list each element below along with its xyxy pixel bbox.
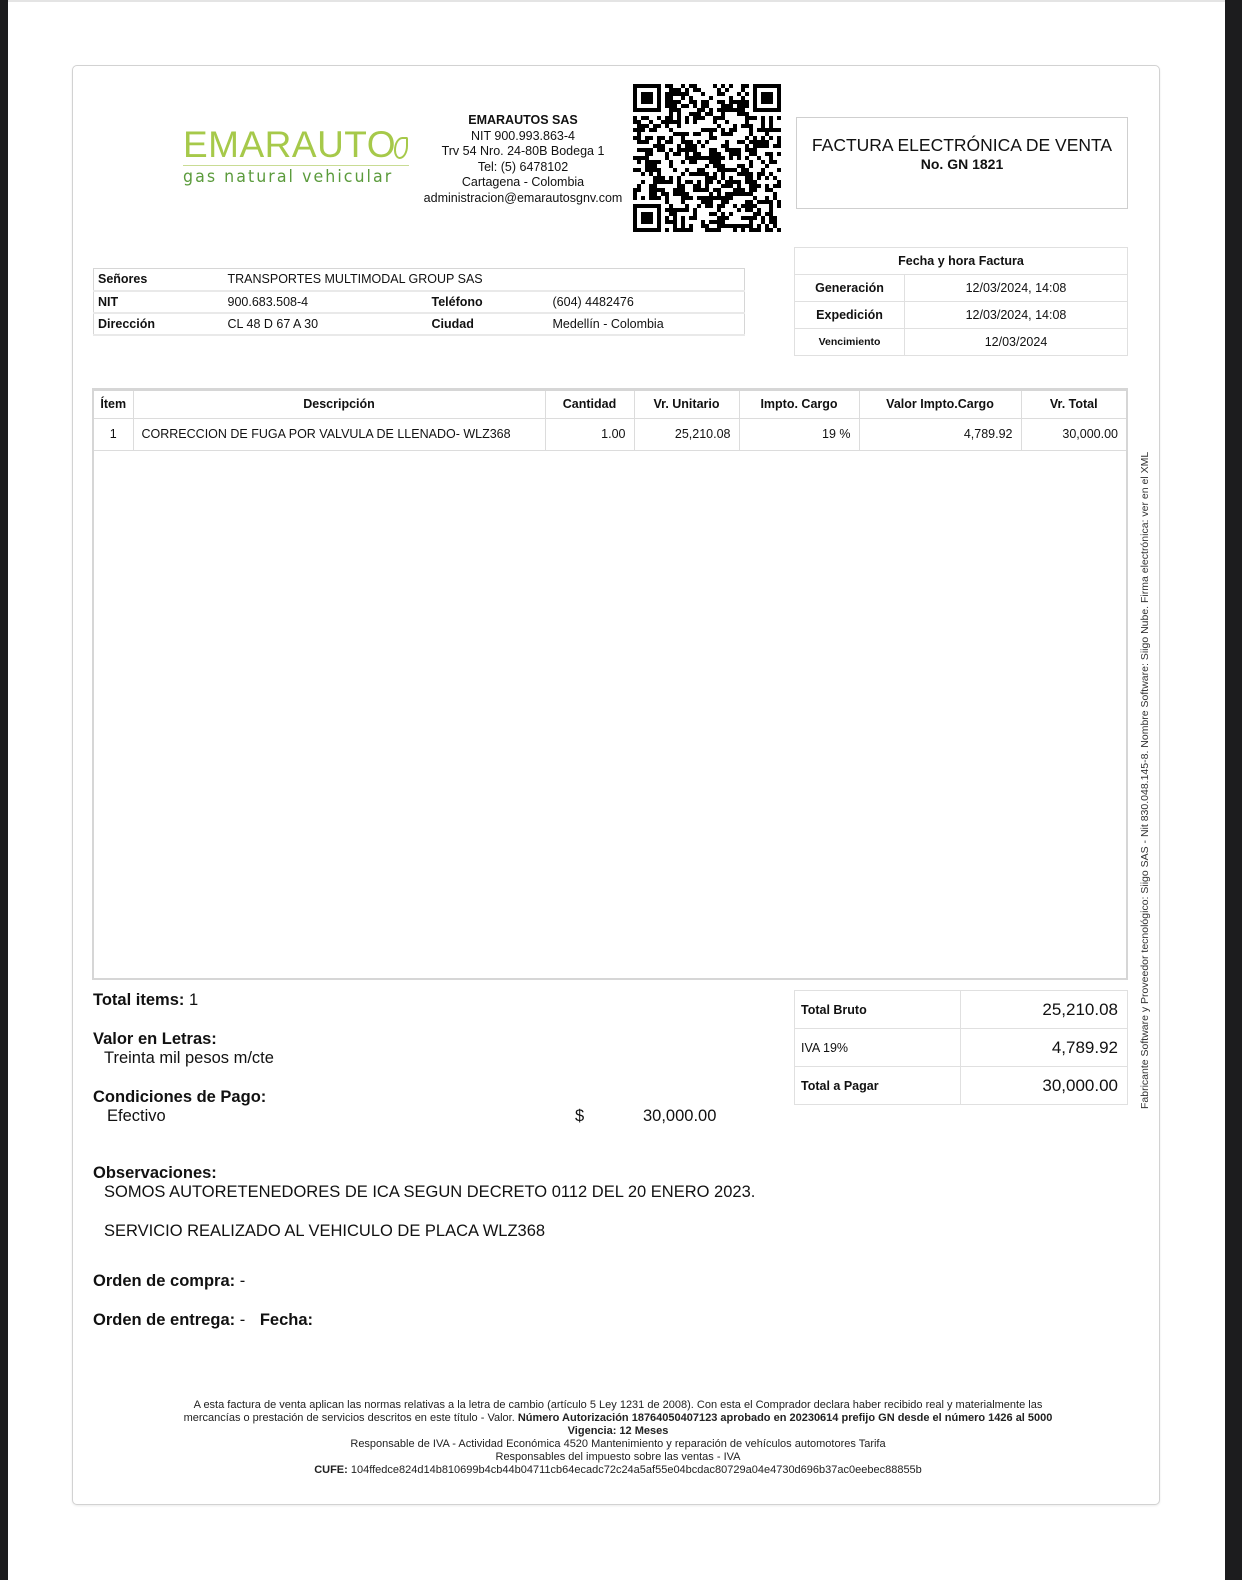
logo-divider <box>183 165 409 166</box>
invoice-title: FACTURA ELECTRÓNICA DE VENTA <box>797 135 1127 155</box>
payment-method: Efectivo <box>93 1107 166 1125</box>
dates-header: Fecha y hora Factura <box>795 248 1128 275</box>
letters-value: Treinta mil pesos m/cte <box>93 1049 274 1068</box>
table-row: 1 CORRECCION DE FUGA POR VALVULA DE LLEN… <box>94 418 1126 450</box>
company-info: EMARAUTOS SAS NIT 900.993.863-4 Trv 54 N… <box>403 113 643 206</box>
col-quantity: Cantidad <box>545 391 634 418</box>
company-city: Cartagena - Colombia <box>403 175 643 191</box>
client-phone: (604) 4482476 <box>549 291 745 313</box>
total-gross-value: 25,210.08 <box>961 991 1128 1029</box>
logo-wordmark: EMARAUTO <box>183 124 396 165</box>
cufe-label: CUFE: <box>314 1464 348 1476</box>
col-description: Descripción <box>133 391 545 418</box>
company-name: EMARAUTOS SAS <box>403 113 643 129</box>
currency-symbol: $ <box>575 1107 584 1126</box>
invoice-title-box: FACTURA ELECTRÓNICA DE VENTA No. GN 1821 <box>796 117 1128 209</box>
client-name: TRANSPORTES MULTIMODAL GROUP SAS <box>224 269 745 291</box>
client-address: CL 48 D 67 A 30 <box>224 313 428 335</box>
company-nit: NIT 900.993.863-4 <box>403 129 643 145</box>
legal-line-2-text: mercancías o prestación de servicios des… <box>184 1412 515 1424</box>
observation-line: SERVICIO REALIZADO AL VEHICULO DE PLACA … <box>93 1222 755 1241</box>
amount-in-words: Valor en Letras: Treinta mil pesos m/cte <box>93 1030 274 1068</box>
item-number: 1 <box>94 418 133 450</box>
client-address-label: Dirección <box>94 313 224 335</box>
due-value: 12/03/2024 <box>905 329 1128 356</box>
observations-label: Observaciones: <box>93 1164 217 1182</box>
date-label: Fecha: <box>260 1311 313 1329</box>
qr-code-icon <box>633 84 781 232</box>
iva-value: 4,789.92 <box>961 1029 1128 1067</box>
page-sheet: EMARAUTO gas natural vehicular EMARAUTOS… <box>8 0 1225 1580</box>
payment-amount: 30,000.00 <box>643 1107 716 1126</box>
col-tax-rate: Impto. Cargo <box>739 391 859 418</box>
software-provider-note: Fabricante Software y Proveedor tecnológ… <box>1139 459 1151 1109</box>
item-description: CORRECCION DE FUGA POR VALVULA DE LLENAD… <box>133 418 545 450</box>
validity: Vigencia: 12 Meses <box>568 1425 669 1437</box>
item-quantity: 1.00 <box>545 418 634 450</box>
client-name-label: Señores <box>94 269 224 291</box>
col-item: Ítem <box>94 391 133 418</box>
delivery-order: Orden de entrega: - Fecha: <box>93 1311 313 1330</box>
payment-label: Condiciones de Pago: <box>93 1088 266 1106</box>
client-info-table: Señores TRANSPORTES MULTIMODAL GROUP SAS… <box>93 268 745 336</box>
total-items-label: Total items: <box>93 991 184 1009</box>
total-items: Total items: 1 <box>93 991 198 1010</box>
cufe-value: 104ffedce824d14b810699b4cb44b04711cb64ec… <box>351 1464 922 1476</box>
invoice-document: EMARAUTO gas natural vehicular EMARAUTOS… <box>72 65 1160 1505</box>
col-tax-value: Valor Impto.Cargo <box>859 391 1021 418</box>
col-unit-price: Vr. Unitario <box>634 391 739 418</box>
client-city: Medellín - Colombia <box>549 313 745 335</box>
company-email: administracion@emarautosgnv.com <box>403 191 643 207</box>
client-phone-label: Teléfono <box>428 291 549 313</box>
totals-table: Total Bruto 25,210.08 IVA 19% 4,789.92 T… <box>794 990 1128 1105</box>
purchase-order-label: Orden de compra: <box>93 1272 235 1290</box>
legal-line-2: mercancías o prestación de servicios des… <box>113 1412 1123 1425</box>
iva-row: IVA 19% 4,789.92 <box>795 1029 1128 1067</box>
item-tax-value: 4,789.92 <box>859 418 1021 450</box>
observation-line: SOMOS AUTORETENEDORES DE ICA SEGUN DECRE… <box>93 1183 755 1202</box>
generation-label: Generación <box>795 275 905 302</box>
total-payable-value: 30,000.00 <box>961 1067 1128 1105</box>
total-items-value: 1 <box>189 991 198 1009</box>
purchase-order: Orden de compra: - <box>93 1272 245 1291</box>
item-total: 30,000.00 <box>1021 418 1126 450</box>
legal-line-1: A esta factura de venta aplican las norm… <box>113 1399 1123 1412</box>
cufe: CUFE: 104ffedce824d14b810699b4cb44b04711… <box>113 1464 1123 1477</box>
logo-tagline: gas natural vehicular <box>183 167 397 187</box>
col-total: Vr. Total <box>1021 391 1126 418</box>
total-gross-label: Total Bruto <box>795 991 961 1029</box>
payment-conditions: Condiciones de Pago: Efectivo $ 30,000.0… <box>93 1088 733 1129</box>
total-payable-row: Total a Pagar 30,000.00 <box>795 1067 1128 1105</box>
authorization-number: Número Autorización 18764050407123 aprob… <box>518 1412 1053 1424</box>
client-nit: 900.683.508-4 <box>224 291 428 313</box>
items-header-row: Ítem Descripción Cantidad Vr. Unitario I… <box>94 391 1126 418</box>
item-tax-rate: 19 % <box>739 418 859 450</box>
legal-line-4: Responsable de IVA - Actividad Económica… <box>113 1438 1123 1451</box>
invoice-number: No. GN 1821 <box>797 156 1127 172</box>
company-phone: Tel: (5) 6478102 <box>403 160 643 176</box>
iva-label: IVA 19% <box>795 1029 961 1067</box>
purchase-order-value: - <box>240 1272 246 1290</box>
legal-line-5: Responsables del impuesto sobre las vent… <box>113 1451 1123 1464</box>
company-logo: EMARAUTO gas natural vehicular <box>183 126 413 187</box>
delivery-order-value: - <box>240 1311 246 1329</box>
issue-value: 12/03/2024, 14:08 <box>905 302 1128 329</box>
observations: Observaciones: SOMOS AUTORETENEDORES DE … <box>93 1164 755 1241</box>
client-nit-label: NIT <box>94 291 224 313</box>
item-unit-price: 25,210.08 <box>634 418 739 450</box>
total-gross-row: Total Bruto 25,210.08 <box>795 991 1128 1029</box>
generation-value: 12/03/2024, 14:08 <box>905 275 1128 302</box>
company-address: Trv 54 Nro. 24-80B Bodega 1 <box>403 144 643 160</box>
due-label: Vencimiento <box>795 329 905 356</box>
legal-footer: A esta factura de venta aplican las norm… <box>113 1399 1123 1477</box>
items-table: Ítem Descripción Cantidad Vr. Unitario I… <box>94 391 1126 451</box>
items-table-container: Ítem Descripción Cantidad Vr. Unitario I… <box>92 388 1128 980</box>
delivery-order-label: Orden de entrega: <box>93 1311 235 1329</box>
invoice-dates-table: Fecha y hora Factura Generación 12/03/20… <box>794 247 1128 356</box>
total-payable-label: Total a Pagar <box>795 1067 961 1105</box>
client-city-label: Ciudad <box>428 313 549 335</box>
issue-label: Expedición <box>795 302 905 329</box>
letters-label: Valor en Letras: <box>93 1030 217 1048</box>
